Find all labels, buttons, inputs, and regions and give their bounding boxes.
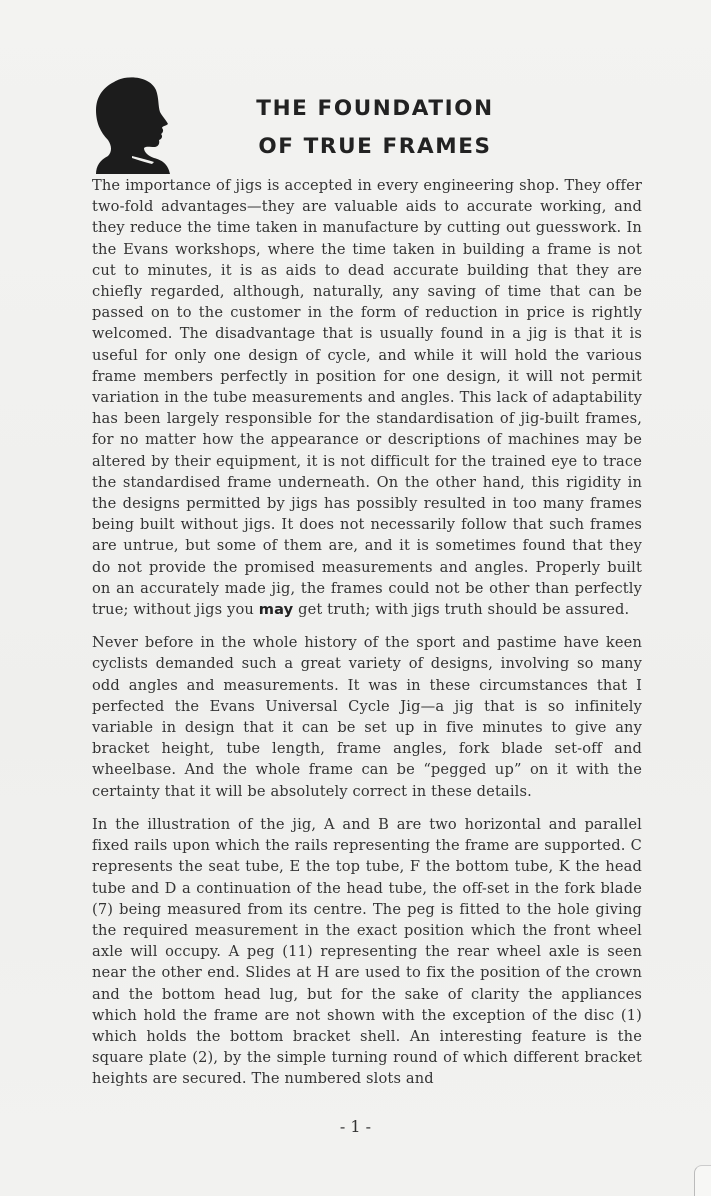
title-line-2: OF TRUE FRAMES <box>240 128 510 166</box>
profile-silhouette-icon <box>92 76 172 174</box>
paragraph-3: In the illustration of the jig, A and B … <box>92 814 642 1090</box>
paragraph-2: Never before in the whole history of the… <box>92 632 642 802</box>
title-line-1: THE FOUNDATION <box>240 90 510 128</box>
page-title: THE FOUNDATION OF TRUE FRAMES <box>240 90 510 166</box>
emphasis-may: may <box>259 601 294 618</box>
page-corner-curl <box>694 1165 711 1196</box>
paragraph-1: The importance of jigs is accepted in ev… <box>92 175 642 620</box>
body-text: The importance of jigs is accepted in ev… <box>92 175 642 1102</box>
paragraph-1-text-end: get truth; with jigs truth should be ass… <box>293 601 629 618</box>
page-number: - 1 - <box>0 1117 711 1136</box>
paragraph-1-text: The importance of jigs is accepted in ev… <box>92 177 642 618</box>
document-page: THE FOUNDATION OF TRUE FRAMES The import… <box>0 0 711 1196</box>
